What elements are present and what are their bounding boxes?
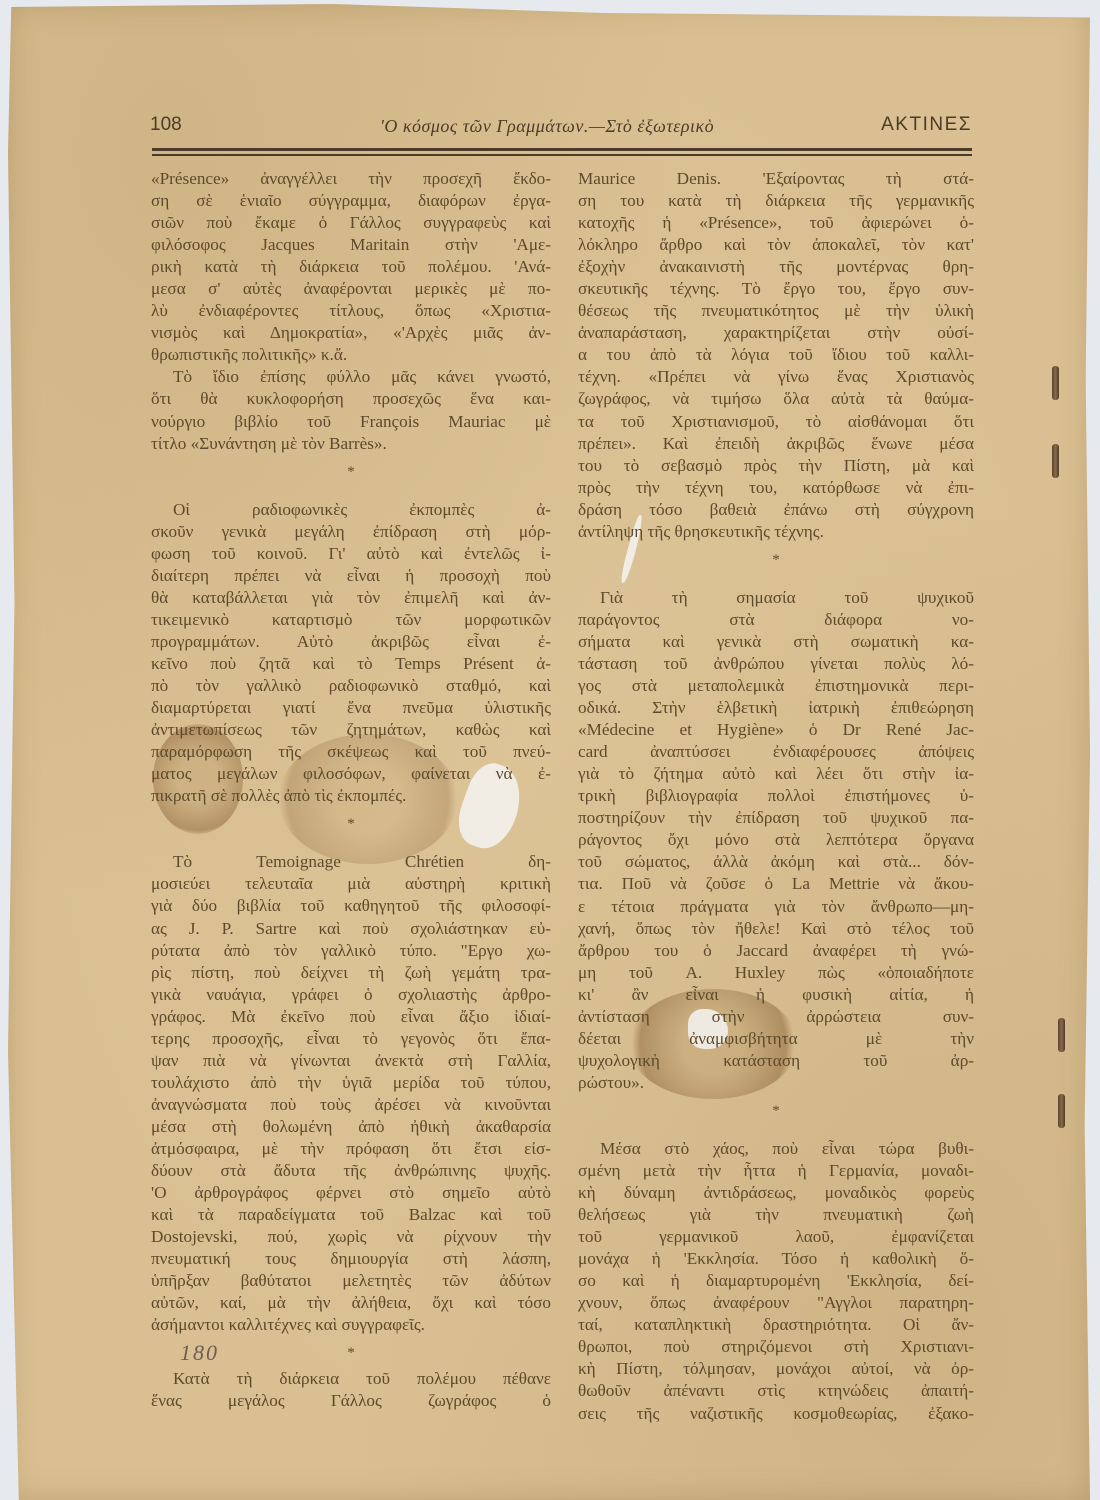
text-line: «Présence» ἀναγγέλλει τὴν προσεχῆ ἔκδο- [151, 168, 551, 190]
text-line: χανή, ὅπως τὸν ἤθελε! Καὶ στὸ τέλος τοῦ [578, 918, 974, 940]
text-line: παράγοντος στὰ διάφορα νο- [578, 609, 974, 631]
text-line: θελήσεως γιὰ τὴν πνευματικὴ ζωὴ [578, 1204, 974, 1226]
text-line: α του ἀπὸ τὰ λόγια τοῦ ἴδιου τοῦ καλλι- [578, 344, 974, 366]
text-line: μέσα στὴ θολωμένη ἀπὸ ἠθικὴ ἀκαθαρσία [151, 1116, 551, 1138]
text-line: ψυχολογικὴ κατάσταση τοῦ ἀρ- [578, 1050, 974, 1072]
text-line: τια. Ποῦ νὰ ζοῦσε ὁ La Mettrie νὰ ἄκου- [578, 873, 974, 895]
text-line: κατοχῆς ἡ «Présence», τοῦ ἀφιερώνει ὁ- [578, 212, 974, 234]
paragraph-psychology: Γιὰ τὴ σημασία τοῦ ψυχικοῦπαράγοντος στὰ… [578, 575, 974, 1094]
text-line: τουλάχιστο ἀπὸ τὴν ὑγιᾶ μερίδα τοῦ τύπου… [151, 1072, 551, 1094]
text-line: ματος μεγάλων φιλοσόφων, φαίνεται νὰ ἐ- [151, 763, 551, 785]
section-title: 'Ο κόσμος τῶν Γραμμάτων.—Στὸ ἐξωτερικὸ [380, 116, 714, 137]
text-line: ζωγράφος, νὰ τιμήσω ὅλα αὐτὰ τὰ θαύμα- [578, 388, 974, 410]
text-line: δράση τόσο βαθειὰ ἐπάνω στὴ σύγχρονη [578, 499, 974, 521]
text-line: Dostojevski, πού, χωρὶς νὰ ρίχνουν τὴν [151, 1226, 551, 1248]
text-line: γιὰ τὸ ζήτημα αὐτὸ καὶ λέει ὅτι στὴν ἰα- [578, 763, 974, 785]
staple [1058, 1018, 1065, 1052]
text-line: τάσταση τοῦ ἀνθρώπου γίνεται πολὺς λό- [578, 653, 974, 675]
text-line: μοσιεύει τελευταῖα μιὰ αὐστηρὴ κριτικὴ [151, 873, 551, 895]
text-line: τίτλο «Συνάντηση μὲ τὸν Barrès». [151, 433, 551, 455]
handwritten-note: 180 [180, 1340, 219, 1366]
text-line: τοῦ σώματος, ἀλλὰ ἀκόμη καὶ στὰ... δόν- [578, 851, 974, 873]
text-line: σήματα καὶ γενικὰ στὴ σωματικὴ κα- [578, 631, 974, 653]
running-header: 108 'Ο κόσμος τῶν Γραμμάτων.—Στὸ ἐξωτερι… [150, 112, 972, 142]
text-line: τρικὴ βιβλιογραφία πολλοὶ ἐπιστήμονες ὑ- [578, 785, 974, 807]
text-line: ση του κατὰ τὴ διάρκεια τῆς γερμανικῆς [578, 190, 974, 212]
text-line: ἀντίληψη τῆς θρησκευτικῆς τέχνης. [578, 521, 974, 543]
section-separator: * [151, 461, 551, 483]
text-line: ρώστου». [578, 1072, 974, 1094]
text-line: καὶ τὰ παραδείγματα τοῦ Balzac καὶ τοῦ [151, 1204, 551, 1226]
staple [1058, 1094, 1065, 1128]
text-line: ἕνας μεγάλος Γάλλος ζωγράφος ὁ [151, 1390, 551, 1412]
text-line: θέσεως τῆς πνευματικότητος μὲ τὴν ὑλικὴ [578, 300, 974, 322]
text-line: ἀντίσταση στὴν ἀρρώστεια συν- [578, 1006, 974, 1028]
text-line: τέχνη. «Πρέπει νὰ γίνω ἕνας Χριστιανὸς [578, 366, 974, 388]
text-line: ὅτι θὰ κυκλοφορήση προσεχῶς ἕνα και- [151, 388, 551, 410]
text-line: ας J. P. Sartre καὶ ποὺ σχολιάστηκαν εὐ- [151, 918, 551, 940]
text-line: πικρατῆ σὲ πολλὲς ἀπὸ τὶς ἐκπομπές. [151, 785, 551, 807]
text-line: ψαν πιὰ νὰ γίνωνται ἀνεκτὰ στὴ Γαλλία, [151, 1050, 551, 1072]
text-line: ρύτατα ἀπὸ τὸν γαλλικὸ τύπο. "Εργο χω- [151, 940, 551, 962]
text-line: Maurice Denis. 'Εξαίροντας τὴ στά- [578, 168, 974, 190]
text-line: διαμαρτύρεται γιατί ἕνα πνεῦμα ὑλιστικῆς [151, 697, 551, 719]
text-line: λὺ ἐνδιαφέροντες τίτλους, ὅπως «Χριστια- [151, 300, 551, 322]
text-line: κὴ Πίστη, τόλμησαν, μονάχοι αὐτοί, νὰ ὀρ… [578, 1358, 974, 1380]
left-column: «Présence» ἀναγγέλλει τὴν προσεχῆ ἔκδο-σ… [151, 168, 551, 1413]
paragraph-mauriac: Τὸ ἴδιο ἐπίσης φύλλο μᾶς κάνει γνωστό,ὅτ… [151, 366, 551, 454]
text-line: τα τοῦ Χριστιανισμοῦ, τὸ αἰσθάνομαι ὅτι [578, 411, 974, 433]
text-line: σιῶν ποὺ ἔκαμε ὁ Γάλλος συγγραφεὺς καὶ [151, 212, 551, 234]
text-line: διαίτερη πρέπει νὰ εἶναι ἡ προσοχὴ ποὺ [151, 565, 551, 587]
paragraph-denis-intro: Κατὰ τὴ διάρκεια τοῦ πολέμου πέθανεἕνας … [151, 1368, 551, 1412]
staple [1052, 444, 1059, 478]
text-line: παραμόρφωση τῆς σκέψεως καὶ τοῦ πνεύ- [151, 741, 551, 763]
magazine-name: ΑΚΤΙΝΕΣ [881, 114, 972, 136]
text-line: 'Ο ἀρθρογράφος φέρνει στὸ σημεῖο αὐτὸ [151, 1182, 551, 1204]
text-line: σμένη μετὰ τὴν ἧττα ἡ Γερμανία, μοναδι- [578, 1160, 974, 1182]
text-line: ρικὴ κατὰ τὴ διάρκεια τοῦ πολέμου. 'Ανά- [151, 256, 551, 278]
text-line: ταί, καταπληκτικὴ δραστηριότητα. Οἱ ἄν- [578, 1314, 974, 1336]
text-line: κὴ δύναμη ἀντιδράσεως, μοναδικὸς φορεὺς [578, 1182, 974, 1204]
header-rule [152, 148, 972, 151]
text-line: θρωπιστικῆς πολιτικῆς» κ.ἄ. [151, 344, 551, 366]
text-line: του τὸ σεβασμὸ πρὸς τὴν Πίστη, μὰ καὶ [578, 455, 974, 477]
text-line: φωση τοῦ κοινοῦ. Γι' αὐτὸ καὶ ἐντελῶς ἰ- [151, 543, 551, 565]
paragraph-presence: «Présence» ἀναγγέλλει τὴν προσεχῆ ἔκδο-σ… [151, 168, 551, 366]
section-separator: * [578, 1100, 974, 1122]
text-line: Μέσα στὸ χάος, ποὺ εἶναι τώρα βυθι- [578, 1138, 974, 1160]
page-number: 108 [150, 114, 182, 136]
text-line: θρωποι, ποὺ στηριζόμενοι στὴ Χριστιανι- [578, 1336, 974, 1358]
paragraph-sartre: Τὸ Temoignage Chrétien δη-μοσιεύει τελευ… [151, 839, 551, 1336]
text-line: ἀσήμαντοι καλλιτέχνες καὶ συγγραφεῖς. [151, 1314, 551, 1336]
text-line: σεις τῆς ναζιστικῆς κοσμοθεωρίας, ἐξακο- [578, 1403, 974, 1425]
text-line: ἀναγνώσματα ποὺ τοὺς ἀρέσει νὰ κινοῦνται [151, 1094, 551, 1116]
text-line: γος στὰ μεταπολεμικὰ ἐπιστημονικὰ περι- [578, 675, 974, 697]
text-line: φιλόσοφος Jacques Maritain στὴν 'Αμε- [151, 234, 551, 256]
text-line: ε τέτοια πράγματα γιὰ τὸν ἄνθρωπο—μη- [578, 896, 974, 918]
text-line: card ἀναπτύσσει ἐνδιαφέρουσες ἀπόψεις [578, 741, 974, 763]
text-line: ση σὲ ἑνιαῖο σύγγραμμα, διαφόρων ἐργα- [151, 190, 551, 212]
section-separator: * [151, 813, 551, 835]
text-line: ράγοντος ὄχι μόνο στὰ λεπτότερα ὄργανα [578, 829, 974, 851]
text-line: δύουν στὰ ἄδυτα τῆς ἀνθρώπινης ψυχῆς. [151, 1160, 551, 1182]
text-line: σκοῦν γενικὰ μεγάλη ἐπίδραση στὴ μόρ- [151, 521, 551, 543]
paragraph-germany-church: Μέσα στὸ χάος, ποὺ εἶναι τώρα βυθι-σμένη… [578, 1126, 974, 1425]
text-line: κι' ἂν εἶναι ἡ φυσικὴ αἰτία, ἡ [578, 984, 974, 1006]
text-line: τικειμενικὸ καταρτισμὸ τῶν μορφωτικῶν [151, 609, 551, 631]
text-line: προγραμμάτων. Αὐτὸ ἀκριβῶς εἶναι ἐ- [151, 631, 551, 653]
text-line: ὑπῆρξαν βαθύτατοι μελετητὲς τῶν ἀδύτων [151, 1270, 551, 1292]
section-separator: * [578, 549, 974, 571]
text-line: «Médecine et Hygiène» ὁ Dr René Jac- [578, 719, 974, 741]
header-rule-thin [152, 154, 972, 156]
text-line: Τὸ Temoignage Chrétien δη- [151, 851, 551, 873]
text-line: πρέπει». Καὶ ἐπειδὴ ἀκριβῶς ἕνωνε μέσα [578, 433, 974, 455]
text-line: μεσα σ' αὐτὲς ἀναφέρονται μερικὲς μὲ πο- [151, 278, 551, 300]
text-line: δέεται ἀναμφισβήτητα μὲ τὴν [578, 1028, 974, 1050]
text-line: λόκληρο ἄρθρο καὶ τὸν ἀποκαλεῖ, τὸν κατ' [578, 234, 974, 256]
text-line: ἐξοχὴν ἀνακαινιστὴ τῆς μοντέρνας θρη- [578, 256, 974, 278]
right-column: Maurice Denis. 'Εξαίροντας τὴ στά-ση του… [578, 168, 974, 1425]
text-line: σκευτικῆς τέχνης. Τὸ ἔργο του, ἔργο συν- [578, 278, 974, 300]
text-line: ἀντιμετωπίσεως τῶν ζητημάτων, καθὼς καὶ [151, 719, 551, 741]
text-line: Κατὰ τὴ διάρκεια τοῦ πολέμου πέθανε [151, 1368, 551, 1390]
text-line: γράφος. Μὰ ἐκεῖνο ποὺ εἶναι ἄξιο ἰδιαί- [151, 1006, 551, 1028]
text-line: πὸ τὸν γαλλικὸ ραδιοφωνικὸ σταθμό, καὶ [151, 675, 551, 697]
text-line: Γιὰ τὴ σημασία τοῦ ψυχικοῦ [578, 587, 974, 609]
text-line: ποστηρίζουν τὴν ἐπίδραση τοῦ ψυχικοῦ πα- [578, 807, 974, 829]
text-line: οδικά. Στὴν ἑλβετικὴ ἰατρικὴ ἐπιθεώρηση [578, 697, 974, 719]
text-line: θωθοῦν ἀπέναντι στὶς κτηνώδεις ἀπαιτή- [578, 1380, 974, 1402]
text-line: πρὸς τὴν τέχνη του, κατόρθωσε νὰ ἐπι- [578, 477, 974, 499]
text-line: τερης προσοχῆς, εἶναι τὸ γεγονὸς ὅτι ἔπα… [151, 1028, 551, 1050]
text-line: θὰ καταβάλλεται γιὰ τὸν ἐπιμελῆ καὶ ἀν- [151, 587, 551, 609]
text-line: γικὰ ναυάγια, γράφει ὁ σχολιαστὴς ἀρθρο- [151, 984, 551, 1006]
text-line: νισμὸς καὶ Δημοκρατία», «'Αρχὲς μιᾶς ἀν- [151, 322, 551, 344]
text-line: ἀτμόσφαιρα, μὲ τὴν πρόφαση ὅτι ἔτσι εἰσ- [151, 1138, 551, 1160]
text-line: κεῖνο ποὺ ζητᾶ καὶ τὸ Temps Présent ἀ- [151, 653, 551, 675]
paragraph-radio: Οἱ ραδιοφωνικὲς ἐκπομπὲς ἀ-σκοῦν γενικὰ … [151, 487, 551, 808]
text-line: Τὸ ἴδιο ἐπίσης φύλλο μᾶς κάνει γνωστό, [151, 366, 551, 388]
text-line: σο καὶ ἡ διαμαρτυρομένη 'Εκκλησία, δεί- [578, 1270, 974, 1292]
paragraph-denis: Maurice Denis. 'Εξαίροντας τὴ στά-ση του… [578, 168, 974, 543]
text-line: ἄρθρου του ὁ Jaccard ἀναφέρει τὴ γνώ- [578, 940, 974, 962]
text-line: μονάχα ἡ 'Εκκλησία. Τόσο ἡ καθολικὴ ὅ- [578, 1248, 974, 1270]
text-line: χνουν, ὅπως ἀναφέρουν "Αγγλοι παρατηρη- [578, 1292, 974, 1314]
staple [1052, 366, 1059, 400]
text-line: Οἱ ραδιοφωνικὲς ἐκπομπὲς ἀ- [151, 499, 551, 521]
text-line: ἀναπαράσταση, χαρακτηρίζεται στὴν οὐσί- [578, 322, 974, 344]
text-line: τοῦ γερμανικοῦ λαοῦ, ἐμφανίζεται [578, 1226, 974, 1248]
text-line: ρὶς πίστη, ποὺ δείχνει τὴ ζωὴ γεμάτη τρα… [151, 962, 551, 984]
text-line: αὐτῶν, καί, μὰ τὴν ἀλήθεια, ὄχι καὶ τόσο [151, 1292, 551, 1314]
text-line: μη τοῦ A. Huxley πὼς «ὁποιαδήποτε [578, 962, 974, 984]
text-line: πνευματική τους δημιουργία στὴ λάσπη, [151, 1248, 551, 1270]
text-line: νούργιο βιβλίο τοῦ François Mauriac μὲ [151, 411, 551, 433]
text-line: γιὰ δύο βιβλία τοῦ καθηγητοῦ τῆς φιλοσοφ… [151, 895, 551, 917]
